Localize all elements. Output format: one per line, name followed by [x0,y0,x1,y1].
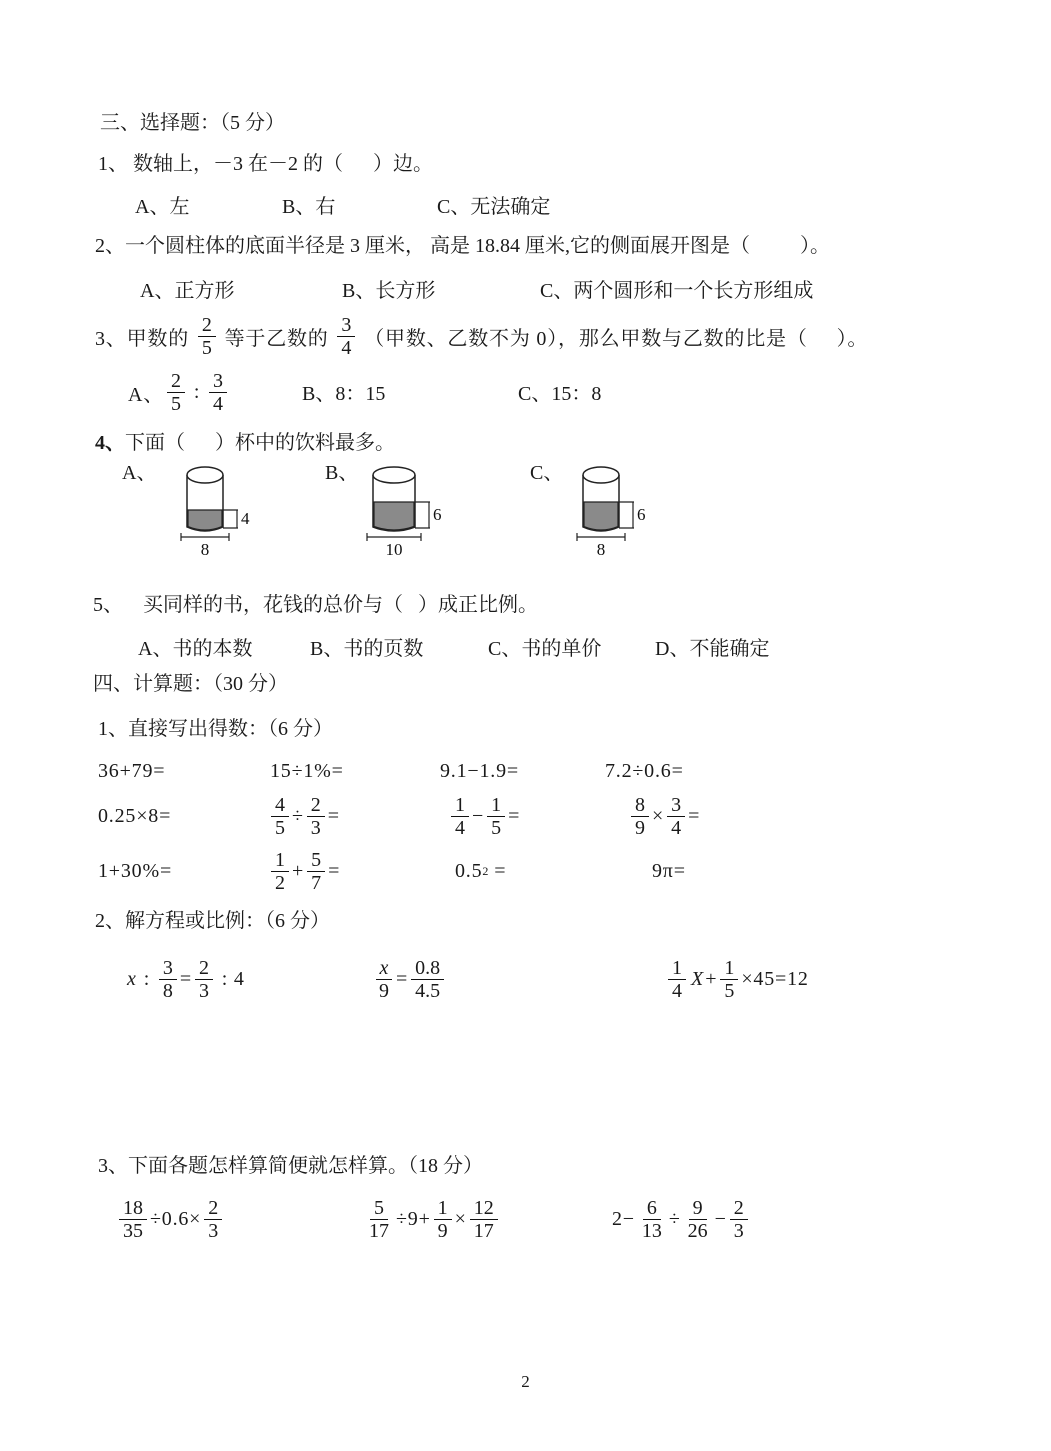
q5-option-a: A、书的本数 [138,636,252,662]
cup-a-height-bracket [223,510,238,528]
cup-a-liquid-height: 4 [241,509,250,528]
page-number: 2 [0,1372,1051,1392]
q1-option-c: C、无法确定 [437,194,550,220]
cup-b-height-bracket [415,502,430,528]
expression-3: 2−613÷926−23 [612,1186,751,1252]
cup-a-width: 8 [201,540,210,559]
q4-question: 下面（ ）杯中的饮料最多。 [125,432,395,454]
calc-cell: 1+30%= [98,845,172,897]
sub2-title: 2、解方程或比例：（6 分） [95,908,330,934]
cup-b-rim [373,467,415,483]
calc-cell: 89×34= [628,790,700,842]
q5-option-c: C、书的单价 [488,636,601,662]
q3-text: 3、甲数的 25 等于乙数的 34 （甲数、乙数不为 0），那么甲数与乙数的比是… [95,310,868,362]
section4-header: 四、计算题：（30 分） [93,671,288,697]
q2-text: 2、一个圆柱体的底面半径是 3 厘米， 高是 18.84 厘米,它的侧面展开图是… [95,233,830,259]
calc-cell: 15÷1%= [270,756,344,786]
cup-a-liquid [188,510,222,530]
cup-c-liquid [584,502,618,530]
cup-b-liquid-height: 6 [433,505,442,524]
calc-cell: 36+79= [98,756,165,786]
q5-option-b: B、书的页数 [310,636,423,662]
q5-option-d: D、不能确定 [655,636,769,662]
exam-page: 三、选择题：（5 分） 1、 数轴上，－3 在－2 的（ ）边。 A、左 B、右… [0,0,1051,1451]
q3-option-a: A、25 : 34 [128,366,230,418]
cup-b-liquid [374,502,414,530]
q1-option-b: B、右 [282,194,335,220]
q4-label-a: A、 [122,460,156,486]
q3-option-c: C、15：8 [518,381,601,407]
q2-option-a: A、正方形 [140,278,234,304]
sub1-title: 1、直接写出得数：（6 分） [98,716,333,742]
q1-text: 1、 数轴上，－3 在－2 的（ ）边。 [98,151,433,177]
expression-1: 1835÷0.6×23 [116,1186,225,1252]
sub3-title: 3、下面各题怎样算简便就怎样算。（18 分） [98,1153,483,1179]
q1-option-a: A、左 [135,194,189,220]
q2-option-c: C、两个圆形和一个长方形组成 [540,278,813,304]
section3-header: 三、选择题：（5 分） [100,110,285,136]
calc-cell: 0.25×8= [98,790,171,842]
calc-cell: 7.2÷0.6= [605,756,684,786]
cup-a-rim [187,467,223,483]
cup-diagram-b: 6 10 [366,464,506,560]
calc-cell: 9.1−1.9= [440,756,519,786]
calc-cell: 45÷23= [268,790,340,842]
equation-2: x9=0.84.5 [372,946,447,1012]
cup-diagram-c: 6 8 [576,464,701,560]
calc-cell: 9π= [652,845,686,897]
cup-c-width: 8 [597,540,606,559]
cup-c-height-bracket [619,502,634,528]
q5-text: 5、 买同样的书，花钱的总价与（ ）成正比例。 [93,592,538,618]
q4-text: 4、下面（ ）杯中的饮料最多。 [95,430,395,456]
q4-label-c: C、 [530,460,563,486]
expression-2: 517÷9+19×1217 [362,1186,501,1252]
cup-c-liquid-height: 6 [637,505,646,524]
q4-label-b: B、 [325,460,358,486]
q2-option-b: B、长方形 [342,278,435,304]
cup-c-rim [583,467,619,483]
q4-number: 4、 [95,432,125,454]
equation-3: 14X+15×45=12 [665,946,809,1012]
cup-b-width: 10 [386,540,403,559]
calc-cell: 14−15= [448,790,520,842]
cup-diagram-a: 4 8 [180,464,305,560]
q3-option-b: B、8：15 [302,381,385,407]
calc-cell: 0.52 = [455,845,506,897]
calc-cell: 12+57= [268,845,340,897]
equation-1: x : 38=23 : 4 [125,946,245,1012]
